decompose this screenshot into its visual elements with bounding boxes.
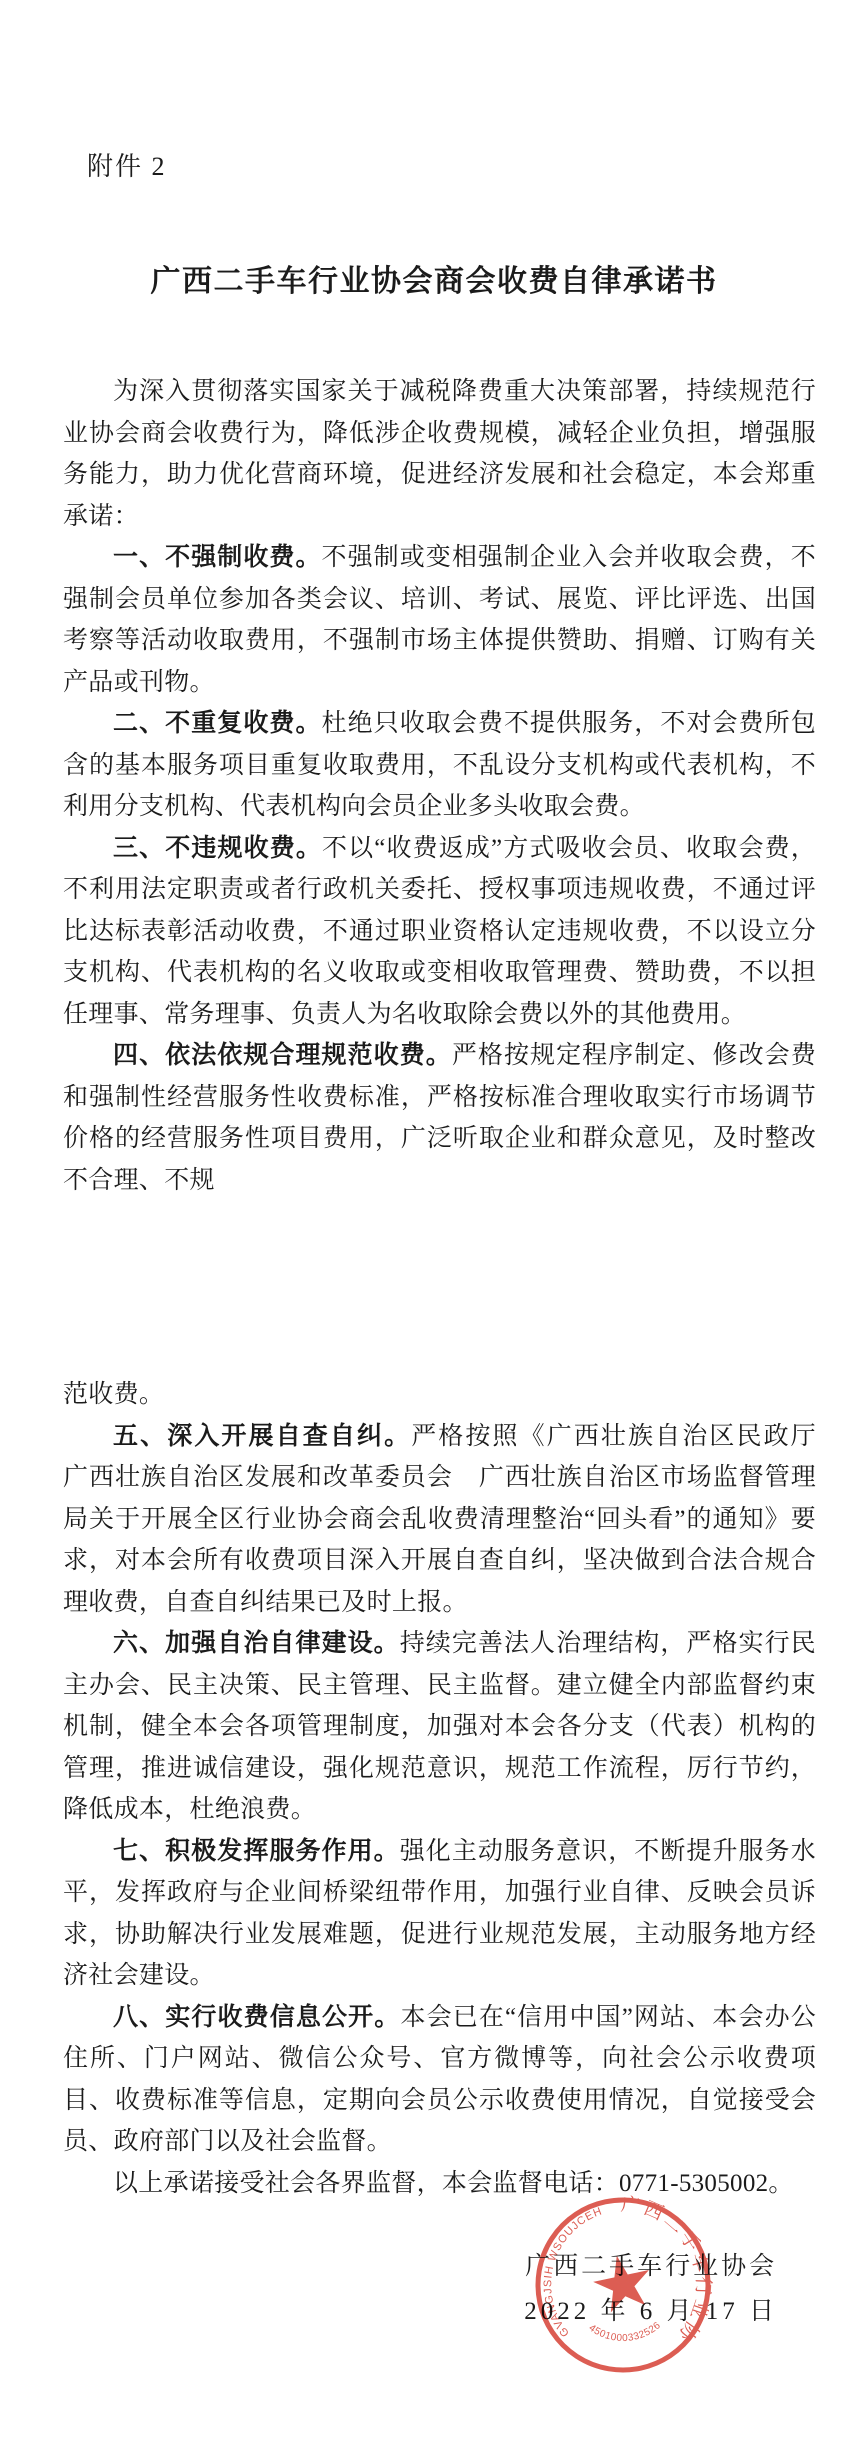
paragraph-heading: 一、不强制收费。 bbox=[113, 543, 322, 571]
official-seal: GVANGJSIH WSOUJCEH HEZVEI 广西二手车行业协会 4501… bbox=[510, 2172, 735, 2397]
paragraph: 二、不重复收费。杜绝只收取会费不提供服务，不对会费所包含的基本服务项目重复收取费… bbox=[63, 703, 816, 828]
seal-star-icon bbox=[589, 2250, 656, 2315]
paragraph: 为深入贯彻落实国家关于减税降费重大决策部署，持续规范行业协会商会收费行为，降低涉… bbox=[63, 371, 816, 537]
paragraph: 以上承诺接受社会各界监督，本会监督电话：0771-5305002。 bbox=[63, 2163, 816, 2205]
paragraph-heading: 四、依法依规合理规范收费。 bbox=[113, 1041, 452, 1069]
paragraph: 范收费。 bbox=[63, 1374, 816, 1416]
paragraph: 一、不强制收费。不强制或变相强制企业入会并收取会费，不强制会员单位参加各类会议、… bbox=[63, 537, 816, 703]
paragraph-heading: 三、不违规收费。 bbox=[113, 834, 322, 862]
document-title: 广西二手车行业协会商会收费自律承诺书 bbox=[0, 256, 868, 300]
paragraph-heading: 七、积极发挥服务作用。 bbox=[113, 1837, 400, 1865]
attachment-label: 附件 2 bbox=[87, 146, 167, 183]
paragraph-heading: 八、实行收费信息公开。 bbox=[113, 2003, 400, 2031]
page2-body-text: 范收费。五、深入开展自查自纠。严格按照《广西壮族自治区民政厅 广西壮族自治区发展… bbox=[63, 1374, 816, 2204]
paragraph-heading: 六、加强自治自律建设。 bbox=[113, 1629, 400, 1657]
paragraph: 七、积极发挥服务作用。强化主动服务意识，不断提升服务水平，发挥政府与企业间桥梁纽… bbox=[63, 1831, 816, 1997]
paragraph: 四、依法依规合理规范收费。严格按规定程序制定、修改会费和强制性经营服务性收费标准… bbox=[63, 1035, 816, 1201]
paragraph-heading: 二、不重复收费。 bbox=[113, 709, 322, 737]
paragraph: 三、不违规收费。不以“收费返成”方式吸收会员、收取会费，不利用法定职责或者行政机… bbox=[63, 828, 816, 1036]
paragraph-heading: 五、深入开展自查自纠。 bbox=[113, 1422, 411, 1450]
paragraph: 八、实行收费信息公开。本会已在“信用中国”网站、本会办公住所、门户网站、微信公众… bbox=[63, 1997, 816, 2163]
seal-number-text: 4501000332526 bbox=[585, 2309, 665, 2353]
paragraph: 五、深入开展自查自纠。严格按照《广西壮族自治区民政厅 广西壮族自治区发展和改革委… bbox=[63, 1416, 816, 1624]
paragraph: 六、加强自治自律建设。持续完善法人治理结构，严格实行民主办会、民主决策、民主管理… bbox=[63, 1623, 816, 1831]
page1-body-text: 为深入贯彻落实国家关于减税降费重大决策部署，持续规范行业协会商会收费行为，降低涉… bbox=[63, 371, 816, 1201]
